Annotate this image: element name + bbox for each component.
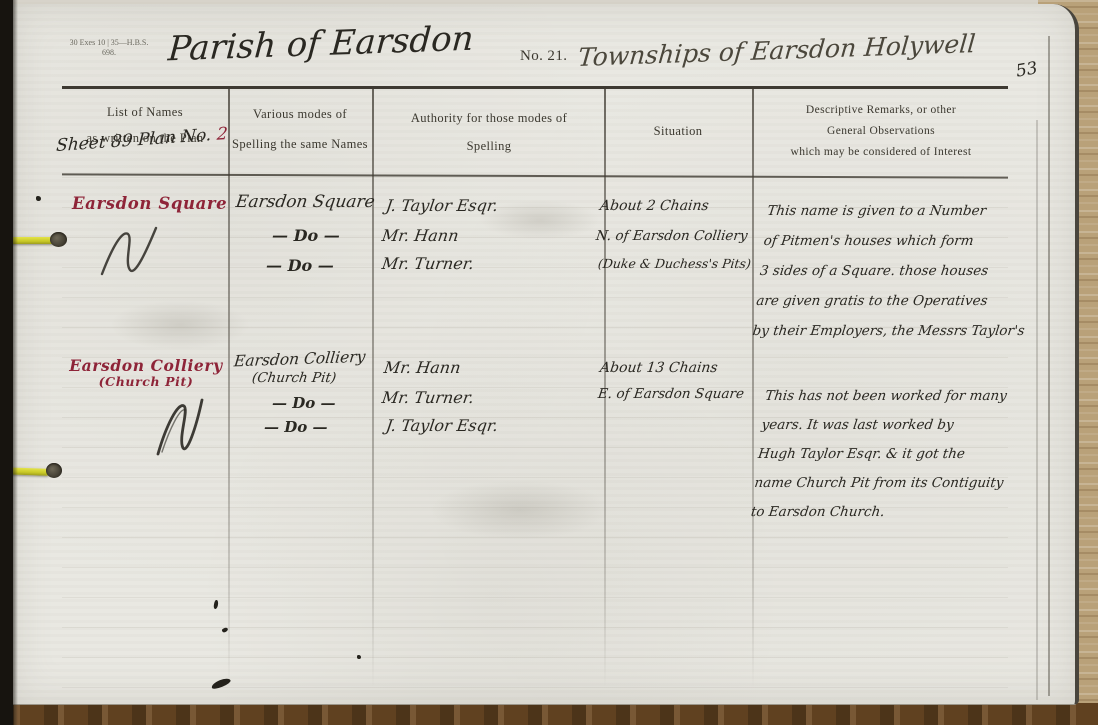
check-flourish-mark bbox=[98, 222, 162, 280]
binding-hole bbox=[46, 463, 62, 478]
scanned-record-page: 30 Exes 10 | 35—H.B.S. 698. Parish of Ea… bbox=[0, 0, 1098, 725]
ditto-mark: — Do — bbox=[264, 418, 327, 436]
remarks-block: This name is given to a Number of Pitmen… bbox=[751, 196, 1021, 346]
column-header-remarks: Descriptive Remarks, or other General Ob… bbox=[756, 100, 1006, 163]
ditto-mark: — Do — bbox=[266, 256, 334, 275]
header-line: Spelling bbox=[376, 132, 602, 160]
sheet-number-label: No. 21. bbox=[520, 48, 567, 65]
stamp-line: 698. bbox=[66, 48, 152, 58]
page-number: 53 bbox=[1014, 58, 1039, 81]
remarks-line: of Pitmen's houses which form bbox=[762, 226, 1018, 256]
ink-speck bbox=[36, 196, 41, 201]
remarks-line: This name is given to a Number bbox=[766, 196, 1022, 226]
remarks-line: years. It was last worked by bbox=[760, 411, 1018, 440]
row-name-printed: Earsdon Square bbox=[72, 194, 222, 213]
situation-line: About 13 Chains bbox=[599, 360, 719, 376]
remarks-line: Hugh Taylor Esqr. & it got the bbox=[756, 440, 1014, 469]
header-line: Descriptive Remarks, or other bbox=[756, 100, 1006, 121]
ditto-mark: — Do — bbox=[272, 394, 335, 412]
remarks-line: This has not been worked for many bbox=[763, 382, 1021, 411]
plan-annotation-number: 2 bbox=[216, 124, 228, 145]
authority-entry: J. Taylor Esqr. bbox=[385, 416, 500, 435]
authority-entry: Mr. Turner. bbox=[381, 254, 475, 273]
header-line: Authority for those modes of bbox=[376, 104, 602, 132]
remarks-line: by their Employers, the Messrs Taylor's bbox=[751, 316, 1007, 346]
check-flourish-mark bbox=[152, 392, 208, 460]
stacked-page-edge bbox=[1036, 120, 1038, 700]
situation-line: (Duke & Duchess's Pits) bbox=[597, 256, 752, 271]
remarks-block: This has not been worked for many years.… bbox=[749, 382, 1021, 527]
authority-entry: Mr. Turner. bbox=[381, 388, 475, 407]
stamp-line: 30 Exes 10 | 35—H.B.S. bbox=[66, 38, 152, 48]
header-line: Various modes of bbox=[230, 99, 370, 129]
column-header-authority: Authority for those modes of Spelling bbox=[376, 104, 602, 160]
row-name-printed: Earsdon Colliery bbox=[66, 356, 226, 375]
spelling-entry: Earsdon Square bbox=[235, 192, 376, 212]
table-top-rule bbox=[62, 86, 1008, 89]
header-line: Situation bbox=[606, 124, 750, 139]
situation-line: E. of Earsdon Square bbox=[597, 386, 745, 402]
header-line: which may be considered of Interest bbox=[756, 142, 1006, 163]
remarks-line: are given gratis to the Operatives bbox=[754, 286, 1010, 316]
binding-hole bbox=[50, 232, 67, 247]
header-line: Spelling the same Names bbox=[230, 129, 370, 159]
authority-entry: Mr. Hann bbox=[383, 358, 462, 377]
column-header-situation: Situation bbox=[606, 124, 750, 139]
printer-stamp: 30 Exes 10 | 35—H.B.S. 698. bbox=[66, 38, 152, 58]
ink-speck bbox=[357, 655, 361, 659]
situation-line: N. of Earsdon Colliery bbox=[595, 228, 748, 244]
remarks-line: name Church Pit from its Contiguity bbox=[753, 469, 1011, 498]
ditto-mark: — Do — bbox=[272, 226, 340, 245]
wood-table-bottom bbox=[0, 703, 1098, 725]
situation-line: About 2 Chains bbox=[599, 198, 710, 214]
row-name-printed-sub: (Church Pit) bbox=[66, 374, 226, 389]
show-through-smudge bbox=[480, 200, 600, 240]
film-left-edge-shadow bbox=[13, 0, 18, 725]
stacked-page-edge bbox=[1048, 36, 1050, 696]
authority-entry: Mr. Hann bbox=[381, 226, 460, 245]
header-line: General Observations bbox=[756, 121, 1006, 142]
spelling-entry-sub: (Church Pit) bbox=[251, 370, 337, 386]
header-line: List of Names bbox=[64, 99, 226, 125]
remarks-line: 3 sides of a Square. those houses bbox=[758, 256, 1014, 286]
film-left-edge bbox=[0, 0, 13, 725]
show-through-smudge bbox=[430, 480, 610, 540]
remarks-line: to Earsdon Church. bbox=[749, 498, 1007, 527]
column-header-spelling: Various modes of Spelling the same Names bbox=[230, 99, 370, 159]
show-through-smudge bbox=[110, 300, 250, 350]
